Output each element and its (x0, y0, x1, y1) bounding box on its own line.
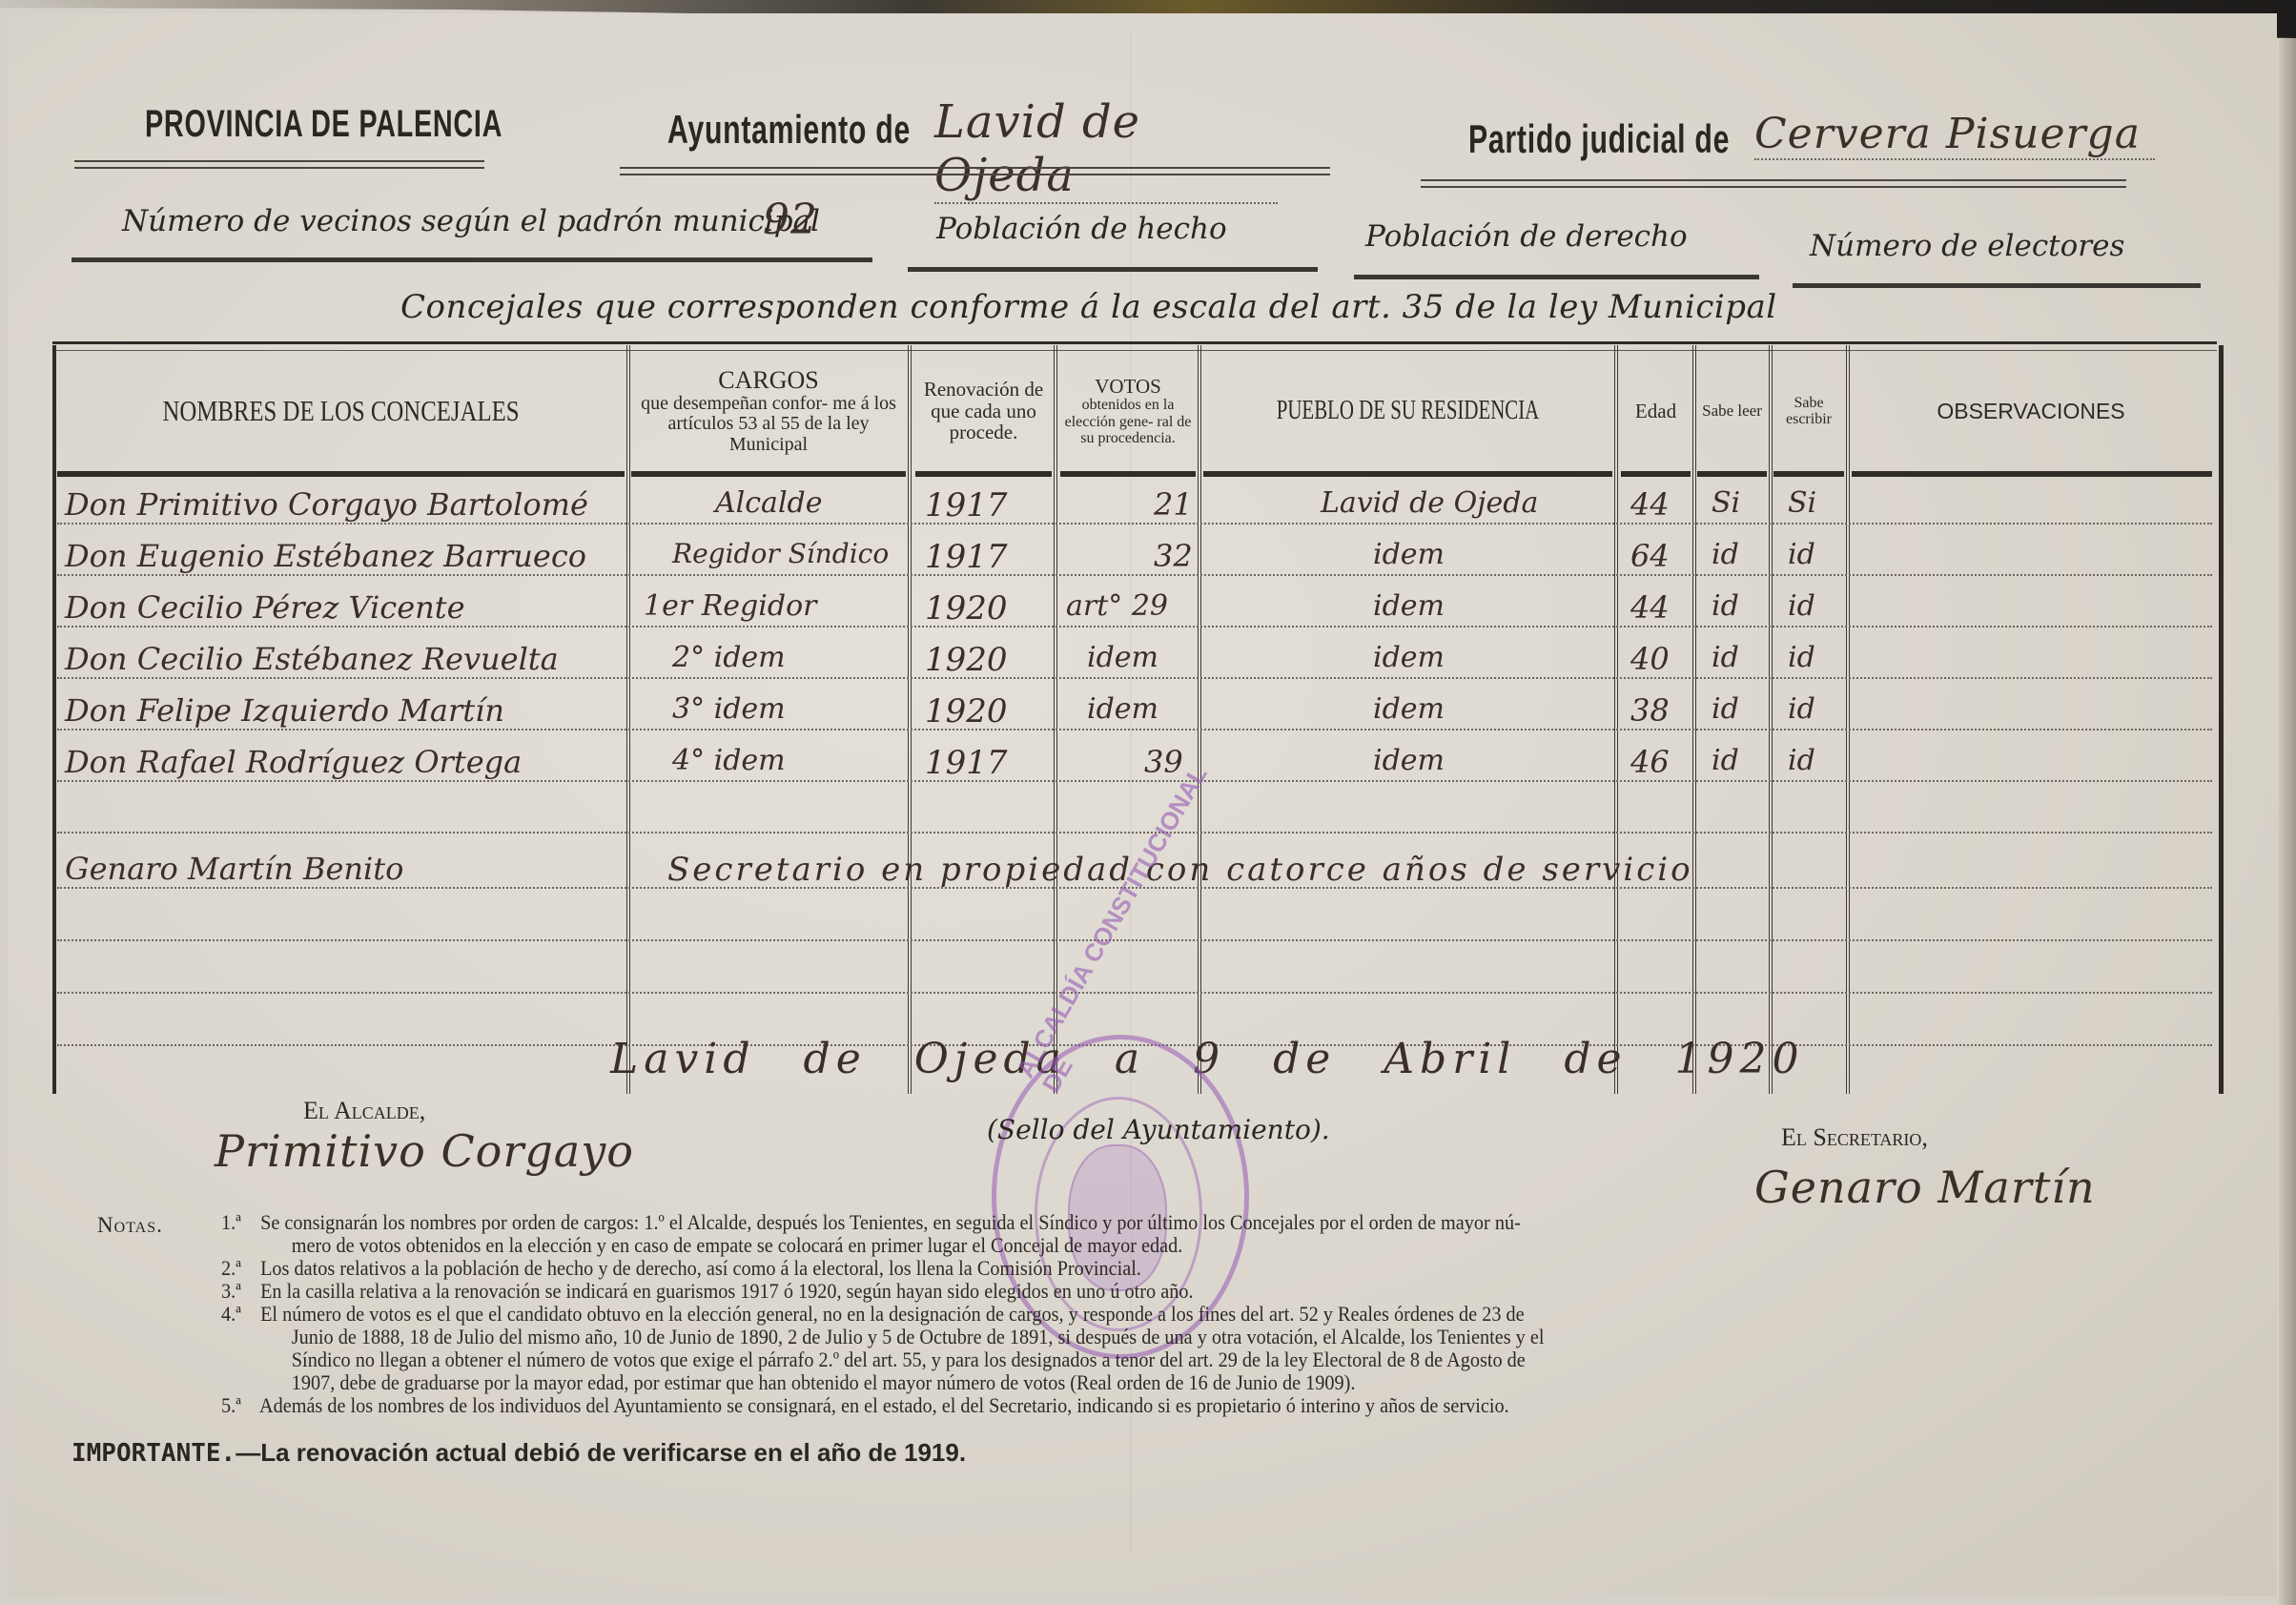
col-divider (1614, 345, 1618, 1094)
cell-pueblo: idem (1373, 692, 1445, 726)
cell-pueblo: Lavid de Ojeda (1321, 486, 1538, 520)
header-rule (57, 471, 625, 477)
header-cargos-sub: que desempeñan confor- me á los artículo… (640, 394, 897, 456)
cell-pueblo: idem (1373, 589, 1445, 623)
provincia-heading: PROVINCIA DE PALENCIA (145, 103, 502, 146)
cell-edad: 46 (1630, 744, 1670, 780)
alcalde-label: El Alcalde, (303, 1097, 425, 1125)
col-divider (1054, 345, 1057, 1094)
cell-leer: id (1712, 538, 1739, 571)
electores-rule (1793, 283, 2201, 288)
header-rule (1773, 471, 1844, 477)
note-4-cont: Junio de 1888, 18 de Julio del mismo año… (221, 1326, 2195, 1348)
cell-pueblo: idem (1373, 744, 1445, 777)
cell-cargo: 2° idem (672, 641, 786, 674)
vecinos-label: Número de vecinos según el padrón munici… (122, 204, 820, 238)
ayuntamiento-underline (620, 167, 1330, 175)
header-sabe-leer: Sabe leer (1695, 353, 1769, 469)
row-rule (57, 677, 2212, 679)
header-rule (1697, 471, 1767, 477)
cell-cargo: 4° idem (672, 744, 786, 777)
poblacion-derecho-label: Población de derecho (1365, 219, 1688, 254)
header-renovacion: Renovación de que cada uno procede. (913, 353, 1054, 469)
cell-pueblo: idem (1373, 641, 1445, 674)
concejales-subtitle: Concejales que corresponden conforme á l… (400, 288, 1777, 326)
importante-block: IMPORTANTE.—La renovación actual debió d… (72, 1438, 966, 1468)
header-edad: Edad (1619, 353, 1692, 469)
header-sabe-escribir: Sabe escribir (1772, 353, 1846, 469)
cell-renovacion: 1917 (925, 486, 1008, 525)
cell-edad: 44 (1630, 486, 1670, 523)
page-edge (2279, 38, 2296, 1605)
cell-nombre: Don Cecilio Pérez Vicente (65, 589, 465, 626)
row-rule (57, 523, 2212, 525)
electores-label: Número de electores (1810, 229, 2124, 263)
cell-escribir: id (1788, 641, 1815, 674)
note-4: 4.ª El número de votos es el que el cand… (221, 1303, 2195, 1326)
header-rule (915, 471, 1052, 477)
partido-label: Partido judicial de (1468, 116, 1730, 162)
cell-escribir: id (1788, 538, 1815, 571)
cell-pueblo: idem (1373, 538, 1445, 571)
header-cargos-title: CARGOS (718, 367, 818, 394)
header-nombres: NOMBRES DE LOS CONCEJALES (114, 353, 568, 469)
cell-votos: idem (1087, 641, 1158, 674)
row-rule (57, 832, 2212, 833)
cell-votos: 21 (1154, 486, 1193, 523)
date-line: Lavid de Ojeda a 9 de Abril de 1920 (610, 1035, 1805, 1083)
cell-nombre: Don Primitivo Corgayo Bartolomé (65, 486, 588, 523)
note-4-cont: 1907, debe de graduarse por la mayor eda… (221, 1371, 2195, 1394)
header-rule (1203, 471, 1612, 477)
cell-votos: art° 29 (1066, 589, 1168, 623)
cell-cargo: Alcalde (715, 486, 823, 520)
cell-edad: 64 (1630, 538, 1670, 574)
provincia-underline (74, 160, 484, 169)
secretario-label: El Secretario, (1781, 1123, 1928, 1152)
note-1-cont: mero de votos obtenidos en la elección y… (221, 1234, 2195, 1257)
header-cargos: CARGOS que desempeñan confor- me á los a… (629, 353, 908, 469)
note-4-cont: Síndico no llegan a obtener el número de… (221, 1348, 2195, 1371)
note-2: 2.ª Los datos relativos a la población d… (221, 1257, 2195, 1280)
poblacion-derecho-rule (1354, 275, 1759, 279)
ayuntamiento-value: Lavid de Ojeda (934, 95, 1278, 204)
cell-renovacion: 1917 (925, 538, 1008, 576)
cell-nombre: Don Cecilio Estébanez Revuelta (65, 641, 559, 677)
cell-escribir: id (1788, 589, 1815, 623)
row-rule (57, 780, 2212, 782)
cell-escribir: id (1788, 744, 1815, 777)
header-pueblo: PUEBLO DE SU RESIDENCIA (1260, 353, 1557, 469)
cell-leer: Si (1712, 486, 1740, 520)
note-5: 5.ª Además de los nombres de los individ… (221, 1394, 2195, 1417)
notas-label: Notas. (97, 1213, 163, 1238)
cell-escribir: Si (1788, 486, 1816, 520)
header-observaciones: OBSERVACIONES (1850, 353, 2212, 469)
cell-edad: 44 (1630, 589, 1670, 626)
cell-leer: id (1712, 692, 1739, 726)
col-divider (1198, 345, 1201, 1094)
secretary-name: Genaro Martín Benito (65, 851, 403, 887)
notes-block: 1.ª Se consignarán los nombres por orden… (221, 1211, 2195, 1417)
sello-label: (Sello del Ayuntamiento). (987, 1114, 1330, 1145)
cell-votos: idem (1087, 692, 1158, 726)
row-rule (57, 626, 2212, 628)
vecinos-value: 92 (763, 195, 818, 244)
header-votos-title: VOTOS (1095, 376, 1161, 398)
cell-leer: id (1712, 641, 1739, 674)
cell-nombre: Don Rafael Rodríguez Ortega (65, 744, 522, 780)
poblacion-hecho-rule (908, 267, 1318, 272)
cell-renovacion: 1920 (925, 692, 1008, 730)
cell-leer: id (1712, 744, 1739, 777)
cell-escribir: id (1788, 692, 1815, 726)
row-rule (57, 574, 2212, 576)
partido-value: Cervera Pisuerga (1754, 110, 2155, 160)
importante-label: IMPORTANTE. (72, 1439, 236, 1468)
header-votos-sub: obtenidos en la elección gene- ral de su… (1064, 397, 1193, 446)
header-rule (1060, 471, 1196, 477)
cell-votos: 39 (1144, 744, 1183, 780)
cell-nombre: Don Felipe Izquierdo Martín (65, 692, 504, 729)
poblacion-hecho-label: Población de hecho (936, 212, 1227, 246)
cell-cargo: Regidor Síndico (672, 538, 889, 569)
cell-renovacion: 1920 (925, 641, 1008, 679)
note-1: 1.ª Se consignarán los nombres por orden… (221, 1211, 2195, 1234)
cell-renovacion: 1920 (925, 589, 1008, 628)
cell-nombre: Don Eugenio Estébanez Barrueco (65, 538, 586, 574)
col-divider (908, 345, 912, 1094)
cell-renovacion: 1917 (925, 744, 1008, 782)
cell-cargo: 1er Regidor (644, 589, 816, 623)
cell-cargo: 3° idem (672, 692, 786, 726)
partido-underline (1421, 179, 2126, 188)
header-rule (1852, 471, 2212, 477)
cell-votos: 32 (1154, 538, 1193, 574)
importante-text: —La renovación actual debió de verificar… (236, 1438, 966, 1467)
cell-edad: 38 (1630, 692, 1670, 729)
vecinos-rule (72, 257, 872, 262)
note-3: 3.ª En la casilla relativa a la renovaci… (221, 1280, 2195, 1303)
alcalde-signature: Primitivo Corgayo (215, 1125, 634, 1177)
cell-leer: id (1712, 589, 1739, 623)
secretario-signature: Genaro Martín (1754, 1162, 2096, 1213)
cell-edad: 40 (1630, 641, 1670, 677)
header-rule (1621, 471, 1691, 477)
ayuntamiento-label: Ayuntamiento de (667, 107, 911, 153)
row-rule (57, 992, 2212, 994)
row-rule (57, 729, 2212, 730)
header-votos: VOTOS obtenidos en la elección gene- ral… (1058, 353, 1198, 469)
header-rule (631, 471, 906, 477)
